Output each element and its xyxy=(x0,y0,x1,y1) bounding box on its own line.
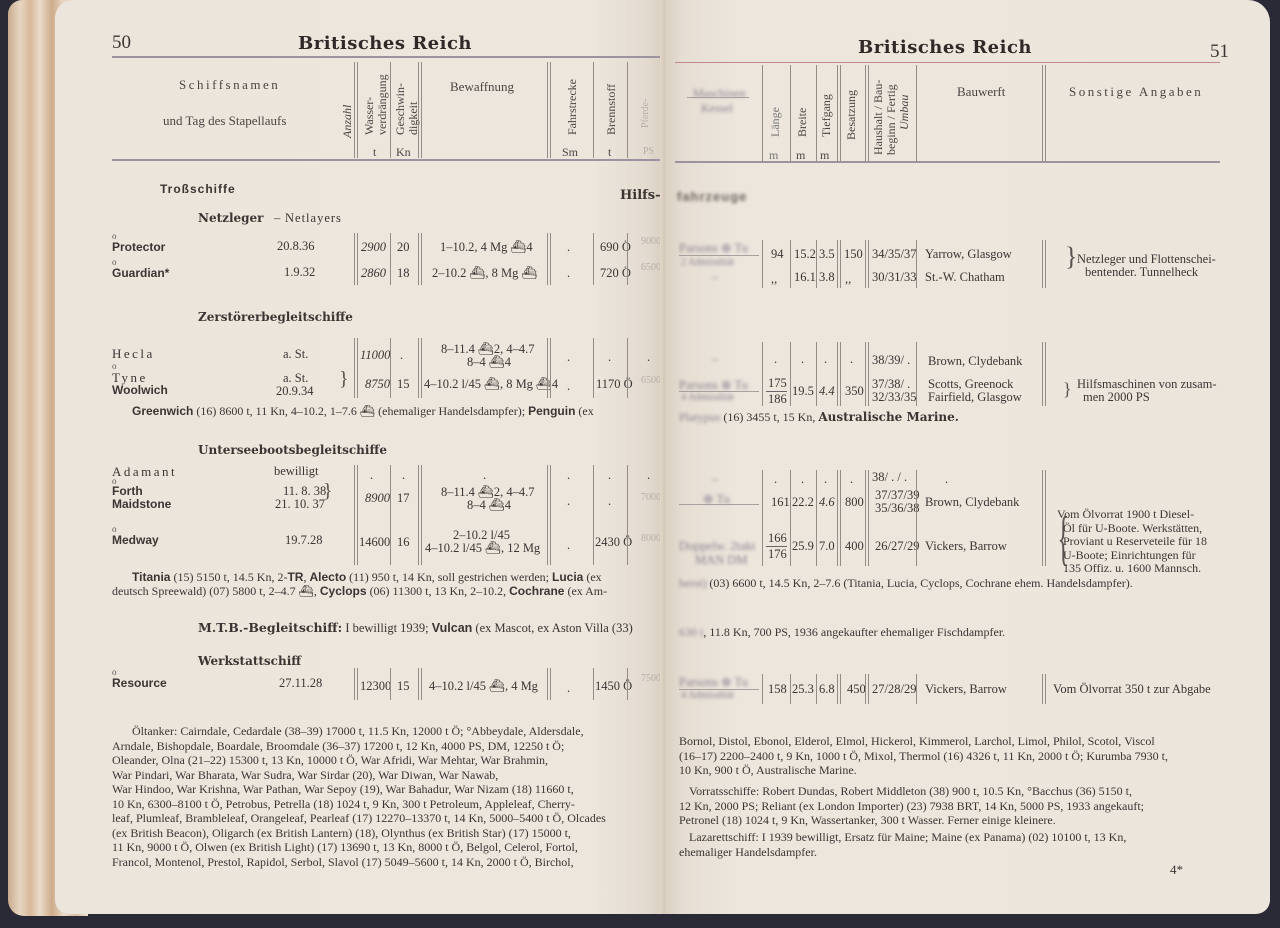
header-other: Sonstige Angaben xyxy=(1069,84,1203,100)
col-divider xyxy=(421,338,422,398)
section-title-destroyer-depot: Zerstörerbegleitschiffe xyxy=(198,310,353,324)
ship-name: Penguin xyxy=(528,404,575,418)
fuel: . xyxy=(608,350,611,365)
horsepower: 6500 xyxy=(641,262,661,273)
col-divider xyxy=(1042,342,1043,406)
col-divider xyxy=(357,465,358,565)
header-speed-unit: Kn xyxy=(396,145,411,160)
range: . xyxy=(567,350,570,365)
armament: 1–10.2, 4 Mg ⛴4 xyxy=(440,240,533,255)
col-divider xyxy=(1045,674,1046,704)
col-divider xyxy=(593,62,594,158)
col-divider xyxy=(418,668,419,700)
col-divider xyxy=(550,233,551,285)
horsepower: . xyxy=(647,350,650,365)
budget-years: 38/39/ . xyxy=(872,353,910,368)
header-displacement-unit: t xyxy=(373,145,376,160)
col-divider xyxy=(627,233,628,285)
right-page: Britisches Reich 51 Maschinen Kessel Län… xyxy=(665,0,1270,914)
blurred-text: 630 t xyxy=(679,625,703,639)
shipyard: Brown, Clydebank xyxy=(925,495,1019,510)
ship-name: Cyclops xyxy=(320,584,367,598)
length: 166 xyxy=(768,531,787,546)
displacement: 2860 xyxy=(361,266,386,281)
displacement: . xyxy=(370,468,373,483)
col-divider xyxy=(1042,65,1043,161)
shipyard: Vickers, Barrow xyxy=(925,539,1007,554)
crew: ,, xyxy=(845,272,851,287)
col-divider xyxy=(790,342,791,406)
displacement: 8900 xyxy=(365,491,390,506)
ship-name: Hecla xyxy=(112,346,155,362)
boilers: 4 Admiralität xyxy=(681,690,734,701)
header-bottom-rule xyxy=(112,159,665,161)
fuel: . xyxy=(608,468,611,483)
category-title-hilfs: Hilfs- xyxy=(620,188,660,203)
col-divider xyxy=(790,65,791,161)
note-text: (03) 6600 t, 14.5 Kn, 2–7.6 (Titania, Lu… xyxy=(709,576,1132,590)
col-divider xyxy=(627,668,628,700)
speed: 17 xyxy=(397,491,410,506)
ship-name: Maidstone xyxy=(112,497,171,511)
draught: 3.8 xyxy=(819,270,835,285)
length: 161 xyxy=(771,495,790,510)
col-divider xyxy=(916,240,917,288)
crew: 400 xyxy=(845,539,864,554)
remarks: Vom Ölvorrat 350 t zur Abgabe xyxy=(1053,682,1211,697)
header-horsepower: Pferde- xyxy=(639,99,652,128)
shipyard: Vickers, Barrow xyxy=(925,682,1007,697)
col-divider xyxy=(418,338,419,398)
paragraph-line: Oleander, Olna (21–22) 15300 t, 13 Kn, 1… xyxy=(112,753,665,768)
paragraph-line: 12 Kn, 2000 PS; Reliant (ex London Impor… xyxy=(679,799,1144,814)
length: 186 xyxy=(768,392,787,407)
col-divider xyxy=(816,342,817,406)
col-divider xyxy=(762,470,763,566)
col-divider xyxy=(816,674,817,704)
col-divider xyxy=(418,233,419,285)
header-boilers: Kessel xyxy=(701,101,733,116)
beam: 19.5 xyxy=(792,384,814,399)
col-divider xyxy=(593,233,594,285)
crew: . xyxy=(850,472,853,487)
category-continued: fahrzeuge xyxy=(677,189,747,204)
displacement: 8750 xyxy=(365,377,390,392)
displacement: 12300 xyxy=(360,679,391,694)
speed: 18 xyxy=(397,266,410,281)
col-divider xyxy=(865,65,866,161)
ship-name: Cochrane xyxy=(509,584,564,598)
launch-date: a. St. xyxy=(283,347,308,362)
crew: . xyxy=(850,352,853,367)
remarks-line: Vom Ölvorrat 1900 t Diesel- xyxy=(1057,508,1207,522)
col-divider xyxy=(418,465,419,565)
budget-years: 27/28/29 xyxy=(872,682,916,697)
length: ,, xyxy=(771,272,777,287)
running-title-right: Britisches Reich xyxy=(858,37,1032,58)
col-divider xyxy=(418,62,419,158)
armament-line2: 8–4 ⛴4 xyxy=(467,355,511,370)
col-divider xyxy=(593,338,594,398)
col-divider xyxy=(627,62,628,158)
col-divider xyxy=(354,465,355,565)
launch-date: bewilligt xyxy=(274,464,318,479)
section-title-netlayers-en: Netlayers xyxy=(285,211,342,226)
col-divider xyxy=(421,465,422,565)
speed: 15 xyxy=(397,377,410,392)
category-title: Troßschiffe xyxy=(160,182,236,196)
displacement: 14600 xyxy=(359,535,390,550)
length: . xyxy=(774,352,777,367)
section-title-sep: – xyxy=(274,211,280,226)
col-divider xyxy=(547,465,548,565)
crew: 150 xyxy=(844,247,863,262)
paragraph-line: Arndale, Bishopdale, Boardale, Broomdale… xyxy=(112,739,665,754)
note-text: deutsch Spreewald) (07) 5800 t, 2–4.7 ⛴, xyxy=(112,584,320,598)
col-divider xyxy=(550,62,551,158)
range: . xyxy=(567,379,570,394)
header-top-rule xyxy=(112,56,665,58)
note-text: (ex Am- xyxy=(564,584,607,598)
submarine-depot-note-line1: Titania (15) 5150 t, 14.5 Kn, 2-TR, Alec… xyxy=(132,570,602,585)
header-machinery: Maschinen xyxy=(693,86,746,101)
note-text: (ex xyxy=(578,404,593,418)
col-divider xyxy=(865,342,866,406)
header-fuel-unit: t xyxy=(608,145,611,160)
speed: . xyxy=(400,348,403,363)
col-divider xyxy=(357,62,358,158)
beam: 25.9 xyxy=(792,539,814,554)
remarks: men 2000 PS xyxy=(1083,390,1150,405)
brace: } xyxy=(339,368,349,390)
remarks-line: U-Boote; Einrichtungen für xyxy=(1057,549,1207,563)
col-divider xyxy=(837,65,838,161)
col-divider xyxy=(421,62,422,158)
blurred-text: herst) xyxy=(679,576,706,590)
armament-line2: 4–10.2 l/45 ⛴, 12 Mg xyxy=(425,541,540,556)
ship-name: Resource xyxy=(112,676,167,690)
note-text: (16) 8600 t, 11 Kn, 4–10.2, 1–7.6 ⛴ (ehe… xyxy=(196,404,525,418)
paragraph-line: (16–17) 2200–2400 t, 9 Kn, 1000 t Ö, Mix… xyxy=(679,749,1168,764)
col-divider xyxy=(354,62,355,158)
col-divider xyxy=(550,338,551,398)
col-divider xyxy=(865,240,866,288)
col-divider xyxy=(1045,65,1046,161)
paragraph-line: Vorratsschiffe: Robert Dundas, Robert Mi… xyxy=(679,784,1144,799)
shipyard: Yarrow, Glasgow xyxy=(925,247,1012,262)
col-divider xyxy=(762,240,763,288)
header-shipyard: Bauwerft xyxy=(957,84,1005,100)
speed: 15 xyxy=(397,679,410,694)
length: 158 xyxy=(768,682,787,697)
paragraph-line: 10 Kn, 6300–8100 t Ö, Petrobus, Petrella… xyxy=(112,797,665,812)
armament: 4–10.2 l/45 ⛴, 4 Mg xyxy=(429,679,538,694)
note-text: (16) 3455 t, 15 Kn, xyxy=(723,410,815,424)
note-text: (15) 5150 t, 14.5 Kn, 2- xyxy=(170,570,287,584)
col-divider xyxy=(816,470,817,566)
signature-mark: 4* xyxy=(1170,863,1183,878)
brace: } xyxy=(323,480,333,502)
budget-years: 34/35/37 xyxy=(872,247,916,262)
paragraph-line: 11 Kn, 9000 t Ö, Olwen (ex British Light… xyxy=(112,840,665,855)
mtb-depot-line: M.T.B.-Begleitschiff: I bewilligt 1939; … xyxy=(198,621,633,636)
oil-tankers-paragraph: Öltanker: Cairndale, Cedardale (38–39) 1… xyxy=(112,724,665,869)
tankers-continued-paragraph: Bornol, Distol, Ebonol, Elderol, Elmol, … xyxy=(679,734,1168,778)
draught: 4.6 xyxy=(819,495,835,510)
header-length: Länge xyxy=(769,107,782,137)
machinery: Doppelw. 2takt xyxy=(679,539,755,554)
paragraph-line: Francol, Montenol, Prestol, Rapidol, Ser… xyxy=(112,855,665,870)
header-budget-3: Umbau xyxy=(898,95,911,130)
paragraph-line: War Hindoo, War Krishna, War Pathan, War… xyxy=(112,782,665,797)
col-divider xyxy=(790,674,791,704)
horsepower: 9000 xyxy=(641,236,661,247)
mtb-note-continued: 630 t, 11.8 Kn, 700 PS, 1936 angekaufter… xyxy=(679,625,1005,640)
col-divider xyxy=(1042,674,1043,704)
header-bottom-rule xyxy=(675,161,1220,163)
budget-years: 35/36/38 xyxy=(875,501,919,516)
col-divider xyxy=(421,233,422,285)
beam: 15.2 xyxy=(794,247,816,262)
boilers: 4 Admiralität xyxy=(681,392,734,403)
budget-years: 30/31/33 xyxy=(872,270,916,285)
col-divider xyxy=(390,465,391,565)
beam: 16.1 xyxy=(794,270,816,285)
page-number-right: 51 xyxy=(1210,41,1229,63)
ship-name: Greenwich xyxy=(132,404,193,418)
displacement: 2900 xyxy=(361,240,386,255)
col-divider xyxy=(816,240,817,288)
col-divider xyxy=(816,65,817,161)
col-divider xyxy=(550,668,551,700)
destroyer-note-continued: Platypus (16) 3455 t, 15 Kn, Australisch… xyxy=(679,410,959,425)
ship-name: Lucia xyxy=(552,570,583,584)
header-top-rule xyxy=(675,62,1220,63)
col-divider xyxy=(916,342,917,406)
col-divider xyxy=(1045,240,1046,288)
draught: . xyxy=(824,352,827,367)
armament: 2–10.2 ⛴, 8 Mg ⛴ xyxy=(432,266,537,281)
brace: } xyxy=(1065,246,1077,268)
submarine-remarks: Vom Ölvorrat 1900 t Diesel- Öl für U-Boo… xyxy=(1057,508,1207,576)
col-divider xyxy=(627,338,628,398)
col-divider xyxy=(354,233,355,285)
paragraph-line: Lazarettschiff: I 1939 bewilligt, Ersatz… xyxy=(679,830,1126,845)
note-text: (06) 11300 t, 13 Kn, 2–10.2, xyxy=(367,584,510,598)
budget-years: 32/33/35 xyxy=(872,390,916,405)
section-title-repair-ship: Werkstattschiff xyxy=(198,654,301,668)
header-count: Anzahl xyxy=(341,105,354,138)
launch-date: 21. 10. 37 xyxy=(275,497,325,512)
col-divider xyxy=(865,470,866,566)
launch-date: 27.11.28 xyxy=(279,676,322,691)
machinery: – xyxy=(712,352,718,367)
length: 175 xyxy=(768,376,787,391)
col-divider xyxy=(1042,240,1043,288)
ship-name: Adamant xyxy=(112,464,177,480)
col-divider xyxy=(390,338,391,398)
col-divider xyxy=(840,470,841,566)
crew: 350 xyxy=(845,384,864,399)
col-divider xyxy=(593,465,594,565)
horsepower: 8000 xyxy=(641,533,661,544)
header-crew: Besatzung xyxy=(845,90,858,140)
submarine-depot-note-line2: deutsch Spreewald) (07) 5800 t, 2–4.7 ⛴,… xyxy=(112,584,607,599)
col-divider xyxy=(547,62,548,158)
header-armament: Bewaffnung xyxy=(450,79,514,95)
ship-name: Vulcan xyxy=(432,621,473,635)
note-text: I bewilligt 1939; xyxy=(345,621,428,635)
budget-years: 26/27/29 xyxy=(875,539,919,554)
col-divider xyxy=(762,674,763,704)
boilers: MAN DM xyxy=(695,553,747,568)
header-displacement-2: verdrängung xyxy=(376,74,389,135)
col-divider xyxy=(916,470,917,566)
header-beam: Breite xyxy=(796,108,809,137)
range: . xyxy=(567,494,570,509)
col-divider xyxy=(421,668,422,700)
note-text: (11) 950 t, 14 Kn, soll gestrichen werde… xyxy=(346,570,552,584)
col-divider xyxy=(390,62,391,158)
col-divider xyxy=(868,65,869,161)
col-divider xyxy=(837,470,838,566)
draught: 3.5 xyxy=(819,247,835,262)
paragraph-line: (ex British Beacon), Oligarch (ex Britis… xyxy=(112,826,665,841)
col-divider xyxy=(840,674,841,704)
col-divider xyxy=(868,240,869,288)
col-divider xyxy=(627,465,628,565)
brace: } xyxy=(1063,378,1072,400)
speed: . xyxy=(402,468,405,483)
header-range: Fahrstrecke xyxy=(566,79,579,135)
draught: 7.0 xyxy=(819,539,835,554)
col-divider xyxy=(547,668,548,700)
ship-name: Protector xyxy=(112,240,165,254)
page-number-left: 50 xyxy=(112,32,131,54)
col-divider xyxy=(916,65,917,161)
range: . xyxy=(567,266,570,281)
col-divider xyxy=(547,338,548,398)
header-launch-date: und Tag des Stapellaufs xyxy=(163,113,286,129)
fuel: . xyxy=(608,494,611,509)
ship-name: Medway xyxy=(112,533,159,547)
section-title-submarine-depot: Unterseebootsbegleitschiffe xyxy=(198,443,387,457)
remarks: bentender. Tunnelheck xyxy=(1085,265,1198,280)
supply-ships-paragraph: Vorratsschiffe: Robert Dundas, Robert Mi… xyxy=(679,784,1144,828)
horsepower: . xyxy=(647,468,650,483)
header-divider xyxy=(687,97,749,98)
col-divider xyxy=(837,240,838,288)
horsepower: 6500 xyxy=(641,375,661,386)
length: 176 xyxy=(768,547,787,562)
col-divider xyxy=(868,674,869,704)
remarks-line: Proviant u Reserveteile für 18 xyxy=(1057,535,1207,549)
header-horsepower-unit: PS xyxy=(643,146,654,157)
ship-name: Woolwich xyxy=(112,383,168,397)
length: 94 xyxy=(771,247,784,262)
horsepower: 7000 xyxy=(641,492,661,503)
col-divider xyxy=(550,465,551,565)
beam: 25.3 xyxy=(792,682,814,697)
paragraph-line: Öltanker: Cairndale, Cedardale (38–39) 1… xyxy=(112,724,665,739)
draught: 4.4 xyxy=(819,384,835,399)
col-divider xyxy=(354,338,355,398)
beam: . xyxy=(801,352,804,367)
paragraph-line: leaf, Plumleaf, Brambleleaf, Orangeleaf,… xyxy=(112,811,665,826)
cell-divider xyxy=(679,504,759,505)
col-divider xyxy=(790,240,791,288)
col-divider xyxy=(840,65,841,161)
col-divider xyxy=(868,470,869,566)
ship-name: Titania xyxy=(132,570,170,584)
ship-name: Alecto xyxy=(309,570,346,584)
horsepower: 7500 xyxy=(641,673,661,684)
col-divider xyxy=(837,674,838,704)
col-divider xyxy=(357,668,358,700)
crew: 450 xyxy=(847,682,866,697)
range: . xyxy=(567,240,570,255)
paragraph-line: Bornol, Distol, Ebonol, Elderol, Elmol, … xyxy=(679,734,1168,749)
col-divider xyxy=(840,342,841,406)
col-divider xyxy=(840,240,841,288)
col-divider xyxy=(1042,470,1043,566)
col-divider xyxy=(790,470,791,566)
col-divider xyxy=(357,338,358,398)
left-page: 50 Britisches Reich Schiffsnamen und Tag… xyxy=(55,0,665,914)
shipyard: Brown, Clydebank xyxy=(928,354,1022,369)
armament: 4–10.2 l/45 ⛴, 8 Mg ⛴4 xyxy=(424,377,558,392)
speed: 16 xyxy=(397,535,410,550)
displacement: 11000 xyxy=(360,348,390,363)
col-divider xyxy=(354,668,355,700)
col-divider xyxy=(1045,470,1046,566)
col-divider xyxy=(390,668,391,700)
col-divider xyxy=(868,342,869,406)
range: . xyxy=(567,681,570,696)
paragraph-line: 10 Kn, 900 t Ö, Australische Marine. xyxy=(679,763,1168,778)
launch-date: 20.8.36 xyxy=(277,239,315,254)
length: . xyxy=(774,472,777,487)
boilers: 2 Admiralität xyxy=(681,257,734,268)
machinery: Parsons ⊕ Tu xyxy=(679,674,748,690)
shipyard: St.-W. Chatham xyxy=(925,270,1005,285)
header-range-unit: Sm xyxy=(562,145,578,160)
col-divider xyxy=(837,342,838,406)
col-divider xyxy=(1045,342,1046,406)
hospital-ship-paragraph: Lazarettschiff: I 1939 bewilligt, Ersatz… xyxy=(679,830,1126,859)
machinery: – xyxy=(712,270,718,285)
remarks-line: 135 Offiz. u. 1600 Mannsch. xyxy=(1057,562,1207,576)
launch-date: 1.9.32 xyxy=(284,265,315,280)
col-divider xyxy=(865,674,866,704)
col-divider xyxy=(762,65,763,161)
running-title-left: Britisches Reich xyxy=(298,33,472,54)
machinery: Parsons ⊕ Tu xyxy=(679,240,748,256)
destroyer-depot-note: Greenwich (16) 8600 t, 11 Kn, 4–10.2, 1–… xyxy=(132,404,594,419)
machinery: – xyxy=(712,472,718,487)
shipyard: . xyxy=(945,472,948,487)
armament: . xyxy=(483,468,486,483)
paragraph-line: ehemaliger Handelsdampfer. xyxy=(679,845,1126,860)
section-title-mtb-depot: M.T.B.-Begleitschiff: xyxy=(198,620,342,635)
paragraph-line: War Pindari, War Bharata, War Sudra, War… xyxy=(112,768,665,783)
crew: 800 xyxy=(845,495,864,510)
ship-name: Guardian* xyxy=(112,266,169,280)
range: . xyxy=(567,468,570,483)
col-divider xyxy=(916,674,917,704)
range: . xyxy=(567,538,570,553)
col-divider xyxy=(390,233,391,285)
